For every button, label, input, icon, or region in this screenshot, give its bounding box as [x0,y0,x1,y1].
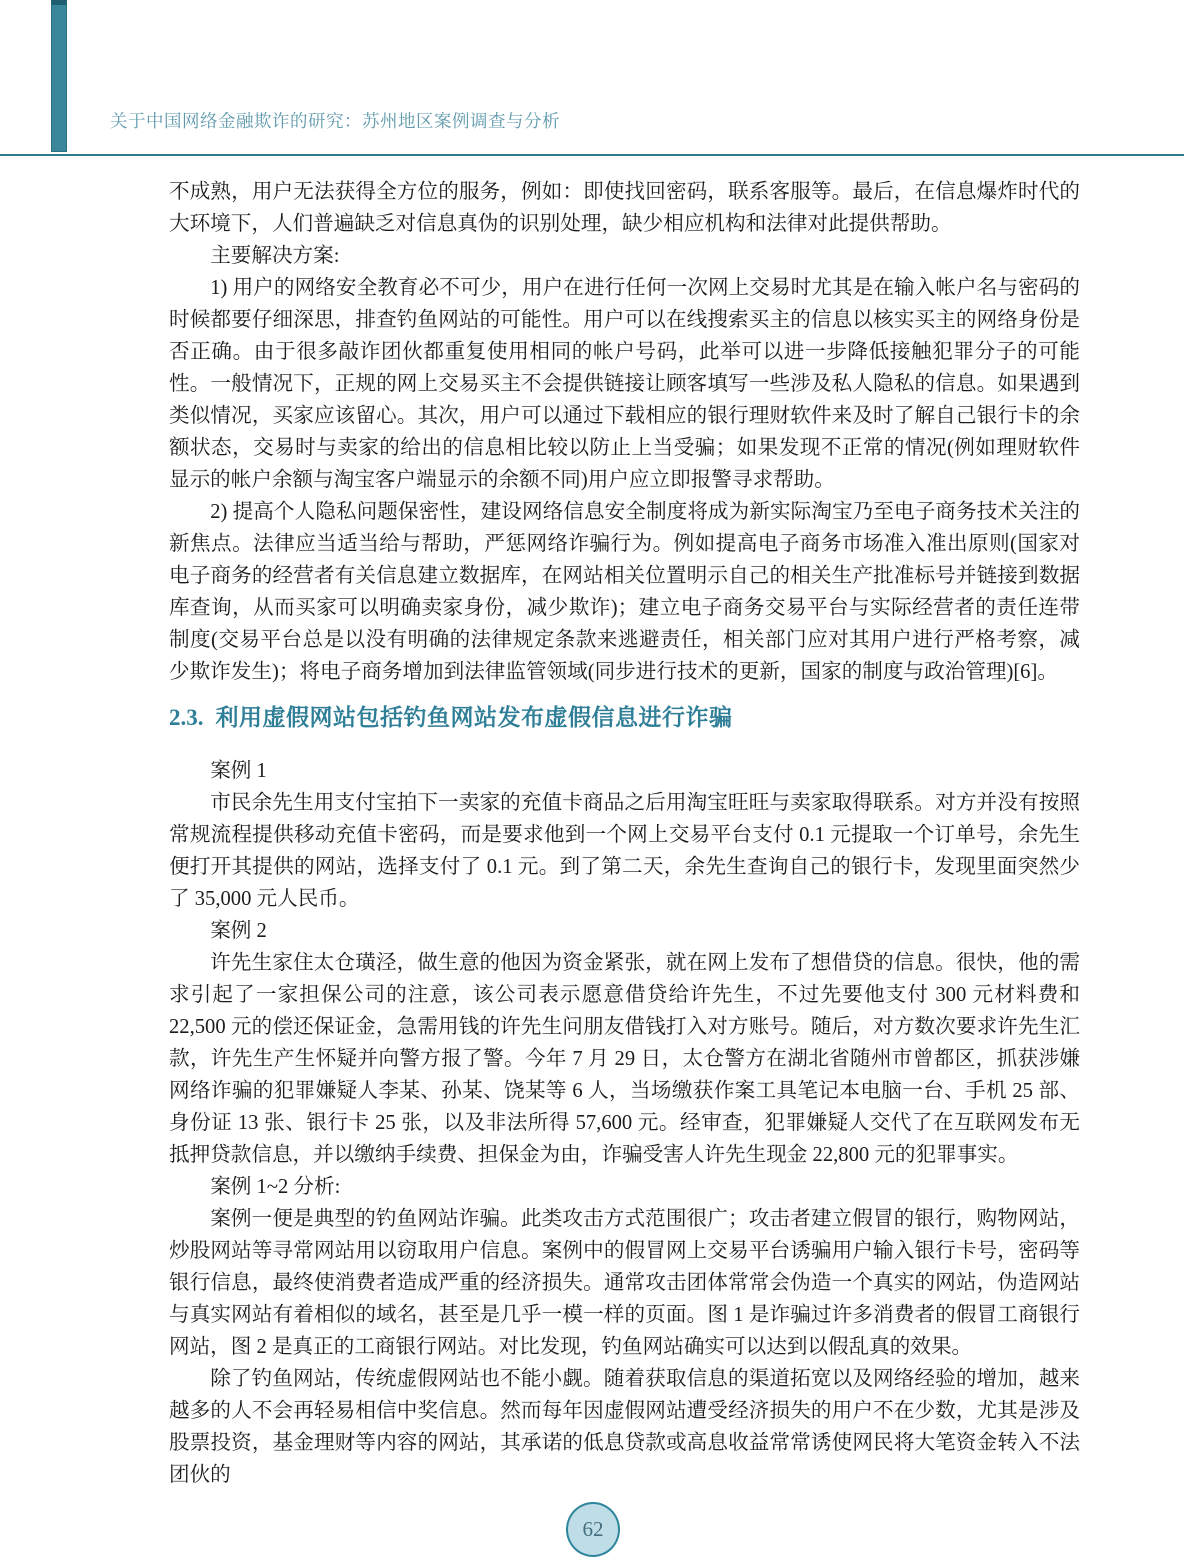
body-paragraph: 主要解决方案: [169,240,1080,272]
case-analysis-label: 案例 1~2 分析: [169,1171,1080,1203]
page-number-badge: 62 [566,1502,620,1557]
case-label: 案例 1 [169,755,1080,787]
body-paragraph: 许先生家住太仓璜泾，做生意的他因为资金紧张，就在网上发布了想借贷的信息。很快，他… [169,947,1080,1171]
body-paragraph: 除了钓鱼网站，传统虚假网站也不能小觑。随着获取信息的渠道拓宽以及网络经验的增加，… [169,1363,1080,1491]
body-paragraph: 市民余先生用支付宝拍下一卖家的充值卡商品之后用淘宝旺旺与卖家取得联系。对方并没有… [169,787,1080,915]
section-number: 2.3. [169,705,204,730]
section-heading: 2.3.利用虚假网站包括钓鱼网站发布虚假信息进行诈骗 [169,702,1080,733]
body-paragraph: 不成熟，用户无法获得全方位的服务，例如：即使找回密码，联系客服等。最后，在信息爆… [169,176,1080,240]
header-rule [0,154,1184,156]
page-accent-bar [51,0,67,152]
page-body: 不成熟，用户无法获得全方位的服务，例如：即使找回密码，联系客服等。最后，在信息爆… [169,176,1080,1491]
running-header-title: 关于中国网络金融欺诈的研究：苏州地区案例调查与分析 [110,108,560,133]
page-number: 62 [583,1517,604,1542]
body-paragraph: 1) 用户的网络安全教育必不可少，用户在进行任何一次网上交易时尤其是在输入帐户名… [169,272,1080,496]
body-paragraph: 2) 提高个人隐私问题保密性，建设网络信息安全制度将成为新实际淘宝乃至电子商务技… [169,496,1080,688]
case-label: 案例 2 [169,915,1080,947]
body-paragraph: 案例一便是典型的钓鱼网站诈骗。此类攻击方式范围很广；攻击者建立假冒的银行，购物网… [169,1203,1080,1363]
section-title: 利用虚假网站包括钓鱼网站发布虚假信息进行诈骗 [216,704,733,730]
